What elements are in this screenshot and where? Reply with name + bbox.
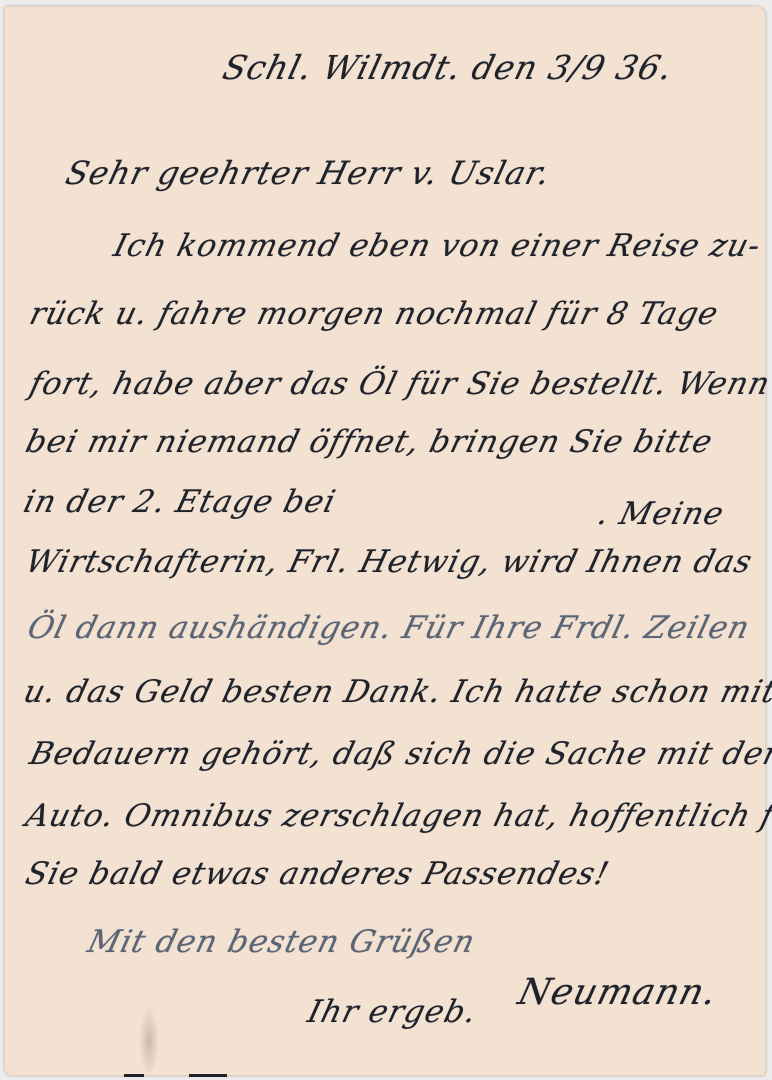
body-line-4: bei mir niemand öffnet, bringen Sie bitt… [22, 424, 717, 460]
body-line-3: fort, habe aber das Öl für Sie bestellt.… [26, 366, 772, 402]
salutation: Sehr geehrter Herr v. Uslar. [62, 154, 555, 192]
place-date-line: Schl. Wilmdt. den 3/9 36. [219, 48, 677, 87]
body-line-2: rück u. fahre morgen nochmal für 8 Tage [26, 296, 723, 332]
signature: Neumann. [514, 972, 722, 1013]
body-line-8: Öl dann aushändigen. Für Ihre Frdl. Zeil… [24, 610, 754, 646]
body-line-1: Ich kommend eben von einer Reise zu- [110, 228, 765, 264]
signature-prefix: Ihr ergeb. [304, 994, 481, 1030]
postcard: Schl. Wilmdt. den 3/9 36. Sehr geehrter … [4, 6, 766, 1076]
ink-smudge [139, 1006, 159, 1076]
body-line-5: in der 2. Etage bei [20, 484, 340, 520]
body-line-11: Auto. Omnibus zerschlagen hat, hoffentli… [22, 798, 772, 834]
edge-ink-mark [189, 1074, 227, 1077]
body-line-12: Sie bald etwas anderes Passendes! [22, 856, 613, 892]
closing: Mit den besten Grüßen [84, 924, 479, 960]
body-line-7: Wirtschafterin, Frl. Hetwig, wird Ihnen … [22, 544, 756, 580]
body-line-9: u. das Geld besten Dank. Ich hatte schon… [20, 674, 772, 710]
body-line-10: Bedauern gehört, daß sich die Sache mit … [26, 736, 772, 772]
body-line-6: . Meine [594, 496, 728, 532]
edge-ink-mark [124, 1074, 144, 1077]
